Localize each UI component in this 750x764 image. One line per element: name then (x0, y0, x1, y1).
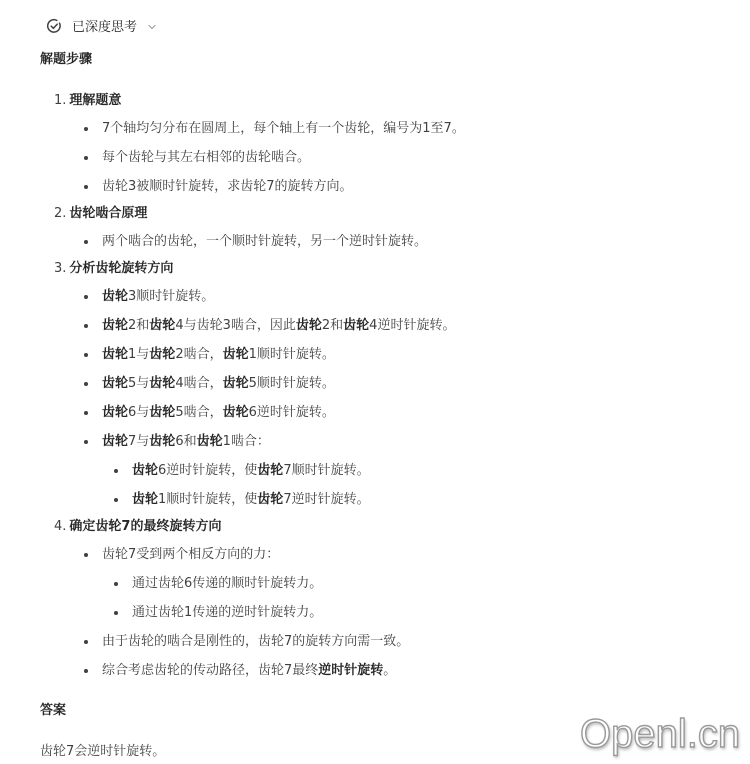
step-title-text: 齿轮啮合原理 (69, 206, 147, 221)
text: 6逆时针旋转，使 (158, 463, 257, 478)
list-item: 两个啮合的齿轮，一个顺时针旋转，另一个逆时针旋转。 (84, 227, 720, 256)
list-item: 每个齿轮与其左右相邻的齿轮啮合。 (84, 143, 720, 172)
bold-text: 齿轮 (102, 405, 128, 420)
bold-text: 齿轮 (223, 376, 249, 391)
watermark-logo: Openl.cn (580, 712, 740, 757)
text: 3顺时针旋转。 (128, 289, 214, 304)
step-title: 2.齿轮啮合原理 (54, 201, 720, 227)
bold-text: 齿轮 (257, 463, 283, 478)
solution-steps-heading: 解题步骤 (40, 48, 92, 67)
bullet-list: 两个啮合的齿轮，一个顺时针旋转，另一个逆时针旋转。 (54, 227, 720, 256)
step-item: 4.确定齿轮7的最终旋转方向齿轮7受到两个相反方向的力：通过齿轮6传递的顺时针旋… (54, 514, 720, 685)
steps-list: 1.理解题意7个轴均匀分布在圆周上，每个轴上有一个齿轮，编号为1至7。每个齿轮与… (40, 88, 720, 685)
sub-list-item: 通过齿轮6传递的顺时针旋转力。 (114, 569, 720, 598)
step-number: 3. (54, 261, 66, 276)
text: 齿轮3被顺时针旋转，求齿轮7的旋转方向。 (102, 179, 353, 194)
list-item: 齿轮1与齿轮2啮合，齿轮1顺时针旋转。 (84, 340, 720, 369)
text: 1与 (128, 347, 149, 362)
text: 由于齿轮的啮合是刚性的，齿轮7的旋转方向需一致。 (102, 634, 409, 649)
bold-text: 齿轮 (149, 376, 175, 391)
list-item: 齿轮6与齿轮5啮合，齿轮6逆时针旋转。 (84, 398, 720, 427)
step-number: 2. (54, 206, 66, 221)
bold-text: 齿轮 (223, 347, 249, 362)
text: 7个轴均匀分布在圆周上，每个轴上有一个齿轮，编号为1至7。 (102, 121, 465, 136)
list-item: 齿轮7受到两个相反方向的力： (84, 540, 720, 569)
bold-text: 齿轮 (149, 347, 175, 362)
bold-text: 齿轮 (102, 376, 128, 391)
text: 每个齿轮与其左右相邻的齿轮啮合。 (102, 150, 310, 165)
step-number: 1. (54, 93, 66, 108)
text: 4与齿轮3啮合，因此 (175, 318, 296, 333)
text: 两个啮合的齿轮，一个顺时针旋转，另一个逆时针旋转。 (102, 234, 427, 249)
list-item: 齿轮2和齿轮4与齿轮3啮合，因此齿轮2和齿轮4逆时针旋转。 (84, 311, 720, 340)
text: 5与 (128, 376, 149, 391)
text: 5啮合， (175, 405, 222, 420)
sub-bullet-list: 通过齿轮6传递的顺时针旋转力。通过齿轮1传递的逆时针旋转力。 (84, 569, 720, 627)
list-item: 齿轮7与齿轮6和齿轮1啮合： (84, 427, 720, 456)
text: 7顺时针旋转。 (283, 463, 369, 478)
sub-list-item: 齿轮1顺时针旋转，使齿轮7逆时针旋转。 (114, 485, 720, 514)
answer-text: 齿轮7会逆时针旋转。 (40, 740, 165, 759)
bold-text: 齿轮 (102, 289, 128, 304)
text: 。 (383, 663, 396, 678)
text: 齿轮7受到两个相反方向的力： (102, 547, 279, 562)
text: 6与 (128, 405, 149, 420)
answer-heading: 答案 (40, 699, 66, 718)
step-title: 1.理解题意 (54, 88, 720, 114)
sub-list-item: 齿轮6逆时针旋转，使齿轮7顺时针旋转。 (114, 456, 720, 485)
list-item: 由于齿轮的啮合是刚性的，齿轮7的旋转方向需一致。 (84, 627, 720, 656)
sub-bullet-list: 齿轮6逆时针旋转，使齿轮7顺时针旋转。齿轮1顺时针旋转，使齿轮7逆时针旋转。 (84, 456, 720, 514)
text: 2啮合， (175, 347, 222, 362)
step-item: 1.理解题意7个轴均匀分布在圆周上，每个轴上有一个齿轮，编号为1至7。每个齿轮与… (54, 88, 720, 201)
bold-text: 齿轮 (102, 434, 128, 449)
bold-text: 齿轮 (149, 434, 175, 449)
bold-text: 齿轮 (132, 463, 158, 478)
text: 2和 (322, 318, 343, 333)
step-title-text: 确定齿轮7的最终旋转方向 (69, 519, 221, 534)
text: 6逆时针旋转。 (249, 405, 335, 420)
bold-text: 齿轮 (257, 492, 283, 507)
step-item: 2.齿轮啮合原理两个啮合的齿轮，一个顺时针旋转，另一个逆时针旋转。 (54, 201, 720, 256)
step-item: 3.分析齿轮旋转方向齿轮3顺时针旋转。齿轮2和齿轮4与齿轮3啮合，因此齿轮2和齿… (54, 256, 720, 514)
text: 1顺时针旋转，使 (158, 492, 257, 507)
text: 2和 (128, 318, 149, 333)
bold-text: 齿轮 (132, 492, 158, 507)
text: 6和 (175, 434, 196, 449)
text: 1顺时针旋转。 (249, 347, 335, 362)
bold-text: 齿轮 (343, 318, 369, 333)
text: 7逆时针旋转。 (283, 492, 369, 507)
list-item: 齿轮5与齿轮4啮合，齿轮5顺时针旋转。 (84, 369, 720, 398)
step-title-text: 理解题意 (69, 93, 121, 108)
step-title-text: 分析齿轮旋转方向 (69, 261, 173, 276)
text: 1啮合： (223, 434, 270, 449)
step-title: 4.确定齿轮7的最终旋转方向 (54, 514, 720, 540)
text: 通过齿轮6传递的顺时针旋转力。 (132, 576, 322, 591)
bold-text: 齿轮 (296, 318, 322, 333)
bullet-list: 7个轴均匀分布在圆周上，每个轴上有一个齿轮，编号为1至7。每个齿轮与其左右相邻的… (54, 114, 720, 201)
text: 通过齿轮1传递的逆时针旋转力。 (132, 605, 322, 620)
list-item: 齿轮3顺时针旋转。 (84, 282, 720, 311)
list-item: 综合考虑齿轮的传动路径，齿轮7最终逆时针旋转。 (84, 656, 720, 685)
bold-text: 齿轮 (149, 318, 175, 333)
sub-list-item: 通过齿轮1传递的逆时针旋转力。 (114, 598, 720, 627)
step-number: 4. (54, 519, 66, 534)
bold-text: 齿轮 (102, 347, 128, 362)
bold-text: 齿轮 (223, 405, 249, 420)
deep-thinking-label: 已深度思考 (72, 16, 137, 35)
deep-thinking-toggle[interactable]: 已深度思考 (46, 16, 157, 35)
text: 5顺时针旋转。 (249, 376, 335, 391)
text: 4逆时针旋转。 (369, 318, 455, 333)
bold-text: 齿轮 (102, 318, 128, 333)
text: 综合考虑齿轮的传动路径，齿轮7最终 (102, 663, 318, 678)
solution-content: 1.理解题意7个轴均匀分布在圆周上，每个轴上有一个齿轮，编号为1至7。每个齿轮与… (40, 88, 720, 685)
chevron-down-icon (147, 21, 157, 31)
step-title: 3.分析齿轮旋转方向 (54, 256, 720, 282)
text: 4啮合， (175, 376, 222, 391)
list-item: 齿轮3被顺时针旋转，求齿轮7的旋转方向。 (84, 172, 720, 201)
bullet-list: 齿轮7受到两个相反方向的力：通过齿轮6传递的顺时针旋转力。通过齿轮1传递的逆时针… (54, 540, 720, 685)
check-circle-icon (46, 18, 62, 34)
bold-text: 齿轮 (149, 405, 175, 420)
text: 7与 (128, 434, 149, 449)
bullet-list: 齿轮3顺时针旋转。齿轮2和齿轮4与齿轮3啮合，因此齿轮2和齿轮4逆时针旋转。齿轮… (54, 282, 720, 514)
bold-text: 逆时针旋转 (318, 663, 383, 678)
bold-text: 齿轮 (197, 434, 223, 449)
list-item: 7个轴均匀分布在圆周上，每个轴上有一个齿轮，编号为1至7。 (84, 114, 720, 143)
